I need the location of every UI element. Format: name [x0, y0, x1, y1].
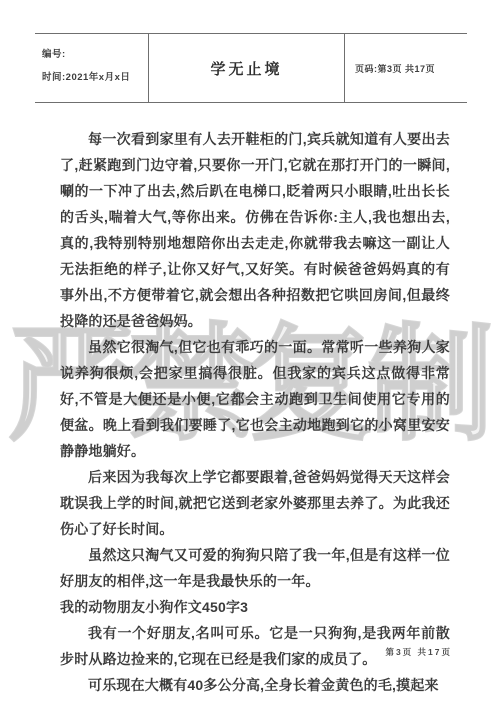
- header-cell-center: 学无止境: [148, 34, 345, 102]
- document-body: 每一次看到家里有人去开鞋柜的门,宾兵就知道有人要出去了,赶紧跑到门边守着,只要你…: [60, 126, 450, 698]
- header-number-label: 编号:: [42, 43, 144, 66]
- header-cell-right: 页码:第3页 共17页: [345, 34, 467, 102]
- body-paragraph: 虽然这只淘气又可爱的狗狗只陪了我一年,但是有这样一位好朋友的相伴,这一年是我最快…: [60, 542, 450, 594]
- document-page: 严禁复制 编号: 时间:2021年x月x日 学无止境 页码:第3页 共17页 每…: [0, 0, 500, 706]
- section-heading: 我的动物朋友小狗作文450字3: [60, 594, 450, 620]
- header-page-label: 页码:第3页 共17页: [355, 62, 435, 75]
- body-paragraph: 每一次看到家里有人去开鞋柜的门,宾兵就知道有人要出去了,赶紧跑到门边守着,只要你…: [60, 126, 450, 334]
- body-paragraph: 虽然它很淘气,但它也有乖巧的一面。常常听一些养狗人家说养狗很烦,会把家里搞得很脏…: [60, 334, 450, 464]
- header-date-label: 时间:2021年x月x日: [42, 66, 144, 89]
- body-paragraph: 可乐现在大概有40多公分高,全身长着金黄色的毛,摸起来: [60, 672, 450, 698]
- header-table: 编号: 时间:2021年x月x日 学无止境 页码:第3页 共17页: [35, 33, 467, 103]
- body-paragraph: 后来因为我每次上学它都要跟着,爸爸妈妈觉得天天这样会耽误我上学的时间,就把它送到…: [60, 464, 450, 542]
- page-number-footer: 第3页 共17页: [385, 646, 452, 658]
- header-cell-left: 编号: 时间:2021年x月x日: [35, 34, 148, 102]
- document-title: 学无止境: [210, 58, 282, 79]
